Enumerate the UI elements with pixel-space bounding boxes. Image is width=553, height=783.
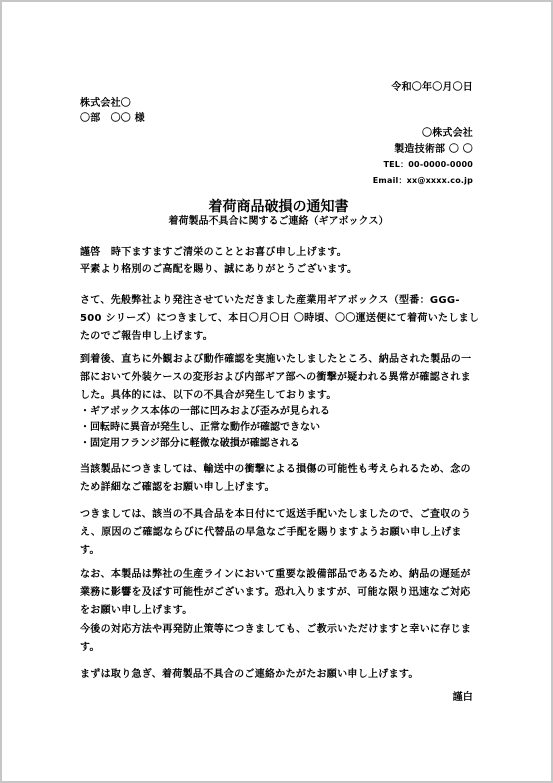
paragraph-arrival: さて、先般弊社より発注させていただきました産業用ギアボックス（型番：GGG-50… xyxy=(80,292,480,346)
closing-word: 謹白 xyxy=(453,689,473,707)
document-page: 令和〇年〇月〇日 株式会社〇 〇部 〇〇 様 〇株式会社 製造技術部 〇 〇 T… xyxy=(0,0,553,783)
defect-item: ・固定用フランジ部分に軽微な破損が確認される xyxy=(80,436,330,452)
recipient-person: 〇部 〇〇 様 xyxy=(80,110,145,128)
document-title: 着荷商品破損の通知書 xyxy=(2,198,553,216)
sender-email: Email：xx@xxxx.co.jp xyxy=(373,172,473,190)
defect-list: ・ギアボックス本体の一部に凹みおよび歪みが見られる ・回転時に異音が発生し、正常… xyxy=(80,404,330,452)
paragraph-return: つきましては、該当の不具合品を本日付にて返送手配いたしましたので、ご査収のうえ、… xyxy=(80,506,480,560)
defect-item: ・ギアボックス本体の一部に凹みおよび歪みが見られる xyxy=(80,404,330,420)
paragraph-prevention: 今後の対応方法や再発防止策等につきましても、ご教示いただけますと幸いに存じます。 xyxy=(80,621,480,657)
defect-item: ・回転時に異音が発生し、正常な動作が確認できない xyxy=(80,420,330,436)
paragraph-urgency: なお、本製品は弊社の生産ラインにおいて重要な設備部品であるため、納品の遅延が業務… xyxy=(80,566,480,620)
document-subtitle: 着荷製品不具合に関するご連絡（ギアボックス） xyxy=(2,215,553,229)
paragraph-request-check: 当該製品につきましては、輸送中の衝撃による損傷の可能性も考えられるため、念のため… xyxy=(80,461,480,497)
greeting-line: 謹啓 時下ますますご清栄のこととお喜び申し上げます。 xyxy=(80,244,480,262)
document-date: 令和〇年〇月〇日 xyxy=(391,79,473,97)
paragraph-closing-request: まずは取り急ぎ、着荷製品不具合のご連絡かたがたお願い申し上げます。 xyxy=(80,666,480,684)
paragraph-inspection: 到着後、直ちに外観および動作確認を実施いたしましたところ、納品された製品の一部に… xyxy=(80,351,480,405)
greeting-line-2: 平素より格別のご高配を賜り、誠にありがとうございます。 xyxy=(80,261,480,279)
